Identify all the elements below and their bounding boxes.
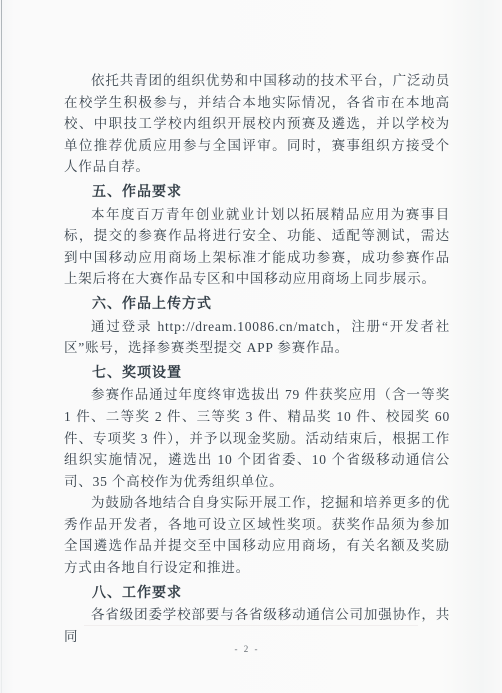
paragraph-section-6-upload-url: 通过登录 http://dream.10086.cn/match，注册“开发者社… [64,316,450,359]
heading-section-5-work-requirements: 五、作品要求 [64,181,450,203]
scan-edge-artifact [1,0,2,693]
page-number: - 2 - [0,644,494,654]
document-body: 依托共青团的组织优势和中国移动的技术平台，广泛动员在校学生积极参与，并结合本地实… [64,70,450,647]
heading-section-6-upload-method: 六、作品上传方式 [64,293,450,315]
paragraph-section-5: 本年度百万青年创业就业计划以拓展精品应用为赛事目标，提交的参赛作品将进行安全、功… [64,204,450,290]
heading-section-8-job-requirements: 八、工作要求 [64,582,450,604]
paragraph-section-7-awards-detail: 参赛作品通过年度终审选拔出 79 件获奖应用（含一等奖 1 件、二等奖 2 件、… [64,384,450,492]
paragraph-section-7-regional-awards: 为鼓励各地结合自身实际开展工作，挖掘和培养更多的优秀作品开发者，各地可设立区域性… [64,492,450,578]
footer-divider [84,625,418,626]
paragraph-overview: 依托共青团的组织优势和中国移动的技术平台，广泛动员在校学生积极参与，并结合本地实… [64,70,450,178]
scanned-document-page: { "document": { "sections": [ { "type": … [0,0,502,693]
heading-section-7-awards: 七、奖项设置 [64,362,450,384]
